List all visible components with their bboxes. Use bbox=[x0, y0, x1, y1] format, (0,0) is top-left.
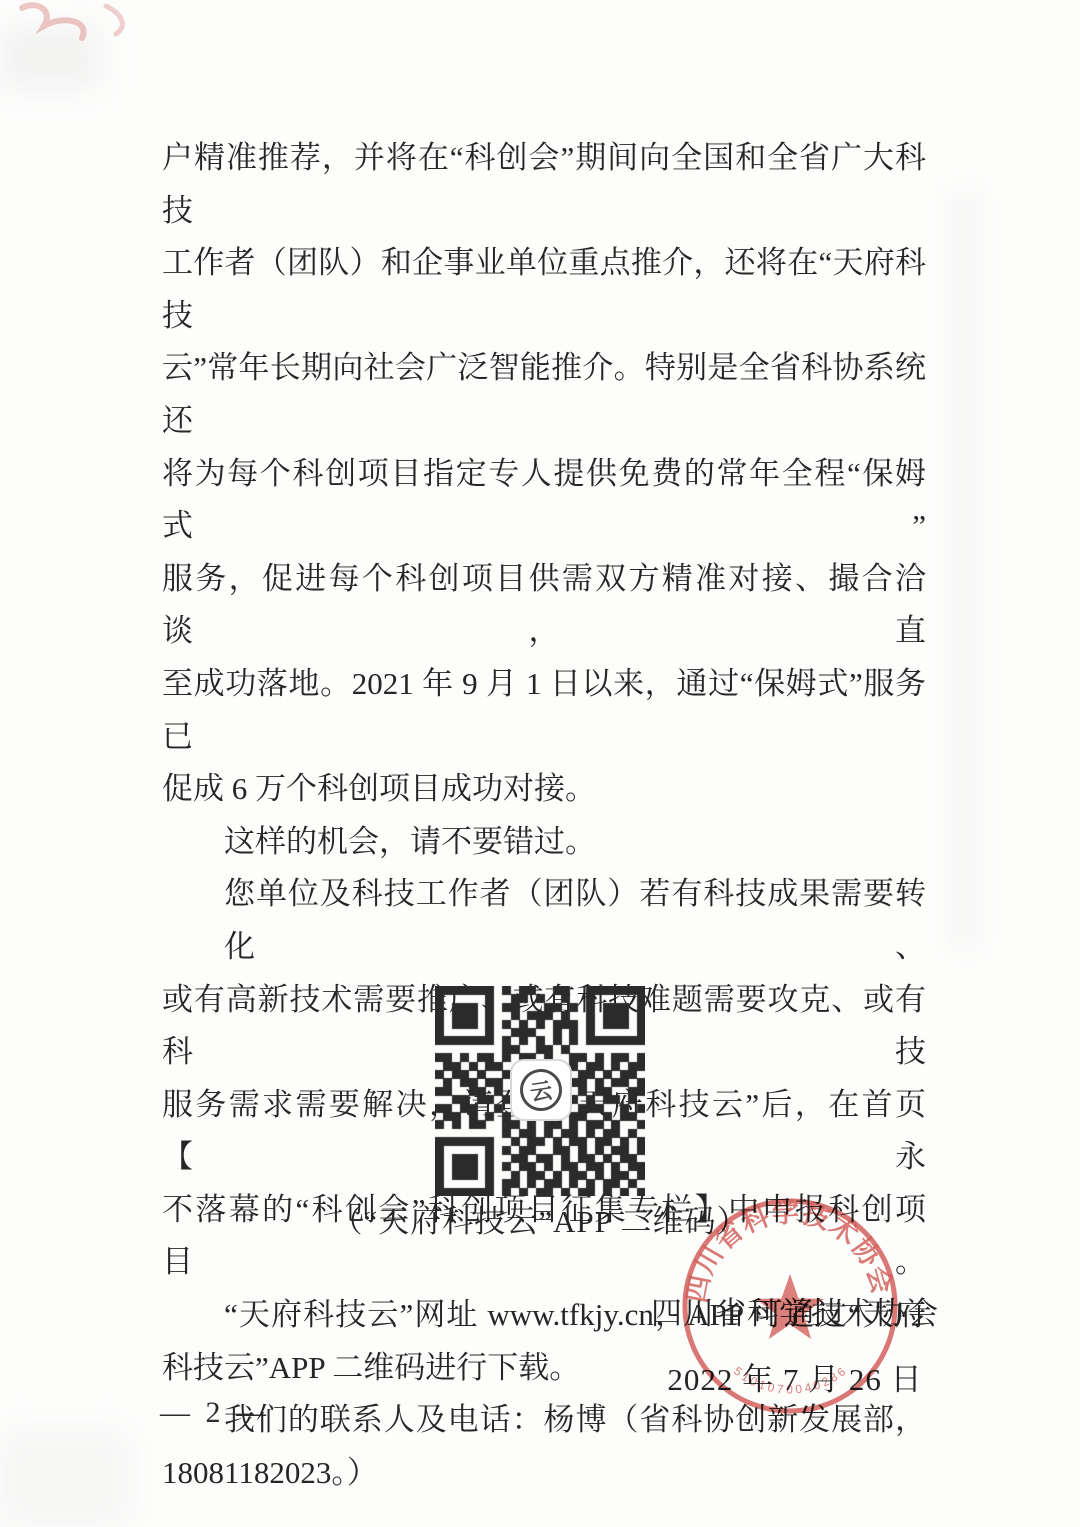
body-text-line: 至成功落地。2021 年 9 月 1 日以来，通过“保姆式”服务已 bbox=[162, 658, 926, 763]
page-number: — 2 — bbox=[160, 1396, 270, 1430]
scan-smudge-bottom bbox=[0, 1430, 130, 1527]
body-text-line: 您单位及科技工作者（团队）若有科技成果需要转化、 bbox=[162, 868, 926, 973]
body-text-line: 这样的机会，请不要错过。 bbox=[162, 816, 926, 869]
body-text-line: 服务，促进每个科创项目供需双方精准对接、撮合洽谈，直 bbox=[162, 553, 926, 658]
tianfu-cloud-logo-icon: 云 bbox=[517, 1066, 564, 1113]
qr-center-logo: 云 bbox=[510, 1059, 572, 1121]
body-text-line: 将为每个科创项目指定专人提供免费的常年全程“保姆式” bbox=[162, 448, 926, 553]
body-text-line: 我们的联系人及电话：杨博（省科协创新发展部， bbox=[162, 1394, 926, 1447]
body-text-line: 促成 6 万个科创项目成功对接。 bbox=[162, 763, 926, 816]
scan-smudge-right bbox=[948, 190, 982, 950]
signature-org: 四川省科学技术协会 bbox=[600, 1288, 990, 1333]
qr-caption: （“天府科技云”APP 二维码） bbox=[0, 1196, 1080, 1241]
body-text-line: 云”常年长期向社会广泛智能推介。特别是全省科协系统还 bbox=[162, 342, 926, 447]
body-text-line: 18081182023。） bbox=[162, 1447, 926, 1500]
body-text-line: 户精准推荐，并将在“科创会”期间向全国和全省广大科技 bbox=[162, 132, 926, 237]
signature-date: 2022 年 7 月 26 日 bbox=[600, 1354, 990, 1399]
body-text-line: 工作者（团队）和企事业单位重点推介，还将在“天府科技 bbox=[162, 237, 926, 342]
signature-block: 四川省科学技术协会 2022 年 7 月 26 日 bbox=[600, 1288, 990, 1399]
scan-smudge-left bbox=[0, 25, 100, 90]
red-ink-scribble bbox=[8, 0, 158, 55]
qr-code: 云 bbox=[435, 986, 645, 1196]
